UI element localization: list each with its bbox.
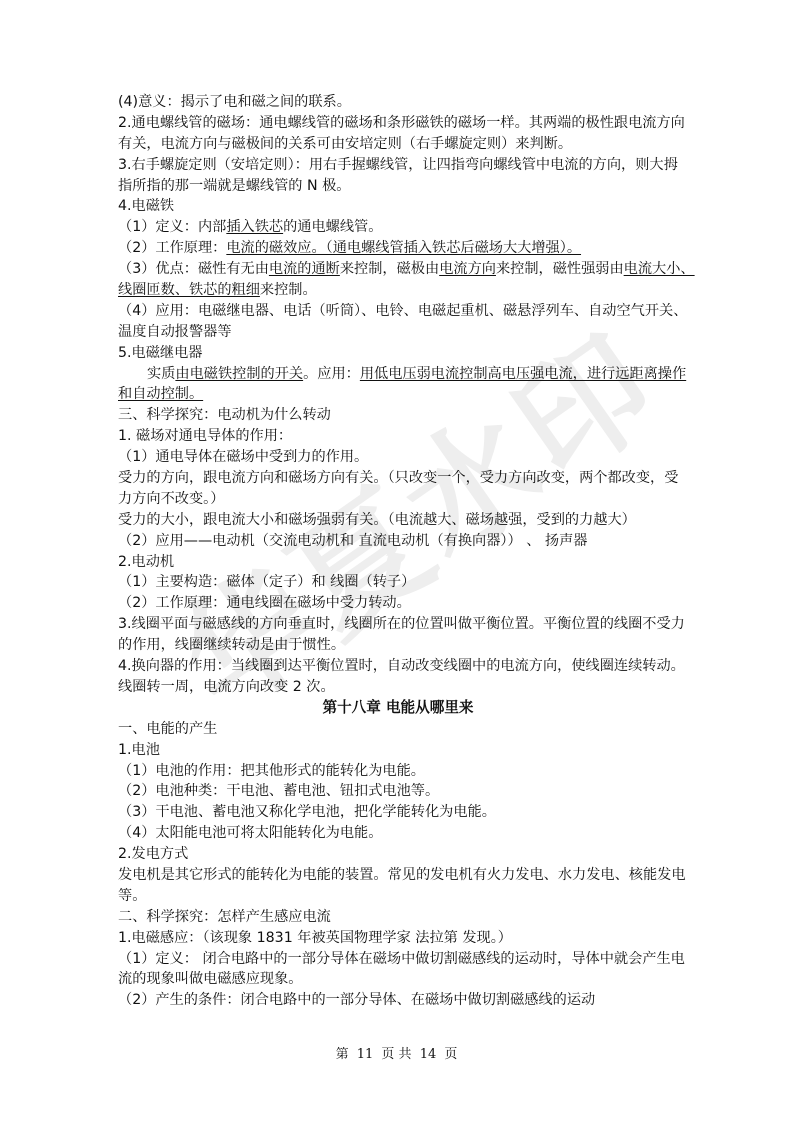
text-segment: 2.发电方式 — [118, 846, 188, 862]
text-segment: 2.电动机 — [118, 554, 174, 570]
text-line: （2）工作原理：通电线圈在磁场中受力转动。 — [118, 593, 678, 614]
text-line: 3.线圈平面与磁感线的方向垂直时，线圈所在的位置叫做平衡位置。平衡位置的线圈不受… — [118, 614, 678, 635]
underlined-text: 电流的磁效应。（通电螺线管插入铁芯后磁场大大增强）。 — [226, 240, 581, 256]
footer-total-pages: 14 — [420, 1047, 437, 1062]
footer-suffix: 页 — [444, 1047, 457, 1062]
text-segment: （4）应用：电磁继电器、电话（听筒）、电铃、电磁起重机、磁悬浮列车、自动空气开关… — [118, 303, 687, 319]
text-line: 4.电磁铁 — [118, 196, 678, 217]
text-line: （4）应用：电磁继电器、电话（听筒）、电铃、电磁起重机、磁悬浮列车、自动空气开关… — [118, 301, 678, 322]
text-segment: 。应用： — [303, 366, 360, 382]
text-segment: 受力的方向，跟电流方向和磁场方向有关。（只改变一个，受力方向改变，两个都改变，受 — [118, 470, 678, 486]
text-segment: 2.通电螺线管的磁场：通电螺线管的磁场和条形磁铁的磁场一样。其两端的极性跟电流方… — [118, 115, 685, 131]
text-segment: 4.电磁铁 — [118, 198, 174, 214]
text-segment: 等。 — [118, 888, 146, 904]
text-segment: 来控制，磁极由 — [340, 261, 439, 277]
text-line: （3）优点：磁性有无由电流的通断来控制，磁极由电流方向来控制，磁性强弱由电流大小… — [118, 259, 678, 280]
text-line: 2.电动机 — [118, 552, 678, 573]
text-line: 发电机是其它形式的能转化为电能的装置。常见的发电机有火力发电、水力发电、核能发电 — [118, 865, 678, 886]
underlined-text: 线圈匝数、铁芯的粗细 — [118, 282, 260, 298]
text-segment: （2）工作原理：通电线圈在磁场中受力转动。 — [118, 595, 411, 611]
text-line: 2.发电方式 — [118, 844, 678, 865]
underlined-text: 由电磁铁控制的开关 — [175, 366, 303, 382]
footer-prefix: 第 — [336, 1047, 349, 1062]
text-segment: 5.电磁继电器 — [118, 345, 202, 361]
text-line: （2）应用——电动机（交流电动机和 直流电动机（有换向器）） 、 扬声器 — [118, 531, 678, 552]
text-segment: （1）通电导体在磁场中受到力的作用。 — [118, 449, 368, 465]
text-line: 三、科学探究：电动机为什么转动 — [118, 405, 678, 426]
text-line: 3.右手螺旋定则（安培定则）：用右手握螺线管，让四指弯向螺线管中电流的方向，则大… — [118, 155, 678, 176]
text-segment: 第十八章 电能从哪里来 — [322, 699, 473, 716]
text-line: 1.电磁感应：（该现象 1831 年被英国物理学家 法拉第 发现。） — [118, 928, 678, 949]
page-footer: 第 11 页 共 14 页 — [0, 1043, 793, 1062]
text-segment: （1）电池的作用：把其他形式的能转化为电能。 — [118, 763, 425, 779]
text-segment: （1）定义： 闭合电路中的一部分导体在磁场中做切割磁感线的运动时，导体中就会产生… — [118, 951, 685, 967]
underlined-text: 插入铁芯 — [226, 219, 283, 235]
text-line: 二、科学探究：怎样产生感应电流 — [118, 907, 678, 928]
text-line: （1）电池的作用：把其他形式的能转化为电能。 — [118, 761, 678, 782]
underlined-text: 用低电压弱电流控制高电压强电流，进行远距离操作 — [360, 366, 686, 382]
text-line: 等。 — [118, 886, 678, 907]
text-segment: (4)意义：揭示了电和磁之间的联系。 — [118, 94, 351, 110]
text-segment: （2）产生的条件：闭合电路中的一部分导体、在磁场中做切割磁感线的运动 — [118, 992, 595, 1008]
text-segment: 1. 磁场对通电导体的作用： — [118, 428, 292, 444]
text-segment: 有关，电流方向与磁极间的关系可由安培定则（右手螺旋定则）来判断。 — [118, 136, 572, 152]
text-segment: 的作用，线圈继续转动是由于惯性。 — [118, 637, 345, 653]
text-segment: （2）工作原理： — [118, 240, 226, 256]
text-line: 有关，电流方向与磁极间的关系可由安培定则（右手螺旋定则）来判断。 — [118, 134, 678, 155]
text-line: 线圈匝数、铁芯的粗细来控制。 — [118, 280, 678, 301]
text-segment: 来控制，磁性强弱由 — [496, 261, 624, 277]
underlined-text: 电流方向 — [439, 261, 496, 277]
text-segment: 流的现象叫做电磁感应现象。 — [118, 971, 302, 987]
text-segment: 3.线圈平面与磁感线的方向垂直时，线圈所在的位置叫做平衡位置。平衡位置的线圈不受… — [118, 616, 685, 632]
text-segment: 力方向不改变。） — [118, 491, 224, 507]
text-segment: 3.右手螺旋定则（安培定则）：用右手握螺线管，让四指弯向螺线管中电流的方向，则大… — [118, 157, 678, 173]
text-segment: 二、科学探究：怎样产生感应电流 — [118, 909, 331, 925]
text-segment: 一、电能的产生 — [118, 721, 217, 737]
text-segment: 的通电螺线管。 — [283, 219, 382, 235]
text-line: 受力的大小，跟电流大小和磁场强弱有关。（电流越大、磁场越强，受到的力越大） — [118, 510, 678, 531]
text-segment: 温度自动报警器等 — [118, 324, 232, 340]
underlined-text: 电流大小、 — [624, 261, 695, 277]
text-segment: 1.电池 — [118, 742, 160, 758]
text-line: 一、电能的产生 — [118, 719, 678, 740]
text-segment: 4.换向器的作用：当线圈到达平衡位置时，自动改变线圈中的电流方向，使线圈连续转动… — [118, 658, 685, 674]
text-line: （1）通电导体在磁场中受到力的作用。 — [118, 447, 678, 468]
document-body: (4)意义：揭示了电和磁之间的联系。2.通电螺线管的磁场：通电螺线管的磁场和条形… — [118, 92, 678, 1011]
text-line: 实质由电磁铁控制的开关。应用：用低电压弱电流控制高电压强电流，进行远距离操作 — [118, 364, 678, 385]
text-line: （3）干电池、蓄电池又称化学电池，把化学能转化为电能。 — [118, 802, 678, 823]
text-segment: 实质 — [147, 366, 175, 382]
text-line: （2）电池种类：干电池、蓄电池、钮扣式电池等。 — [118, 781, 678, 802]
text-segment: 发电机是其它形式的能转化为电能的装置。常见的发电机有火力发电、水力发电、核能发电 — [118, 867, 686, 883]
chapter-heading: 第十八章 电能从哪里来 — [118, 698, 678, 719]
text-line: 线圈转一周，电流方向改变 2 次。 — [118, 677, 678, 698]
text-segment: （1）定义：内部 — [118, 219, 226, 235]
text-segment: （2）应用——电动机（交流电动机和 直流电动机（有换向器）） 、 扬声器 — [118, 533, 587, 549]
document-page: 华夏水印 (4)意义：揭示了电和磁之间的联系。2.通电螺线管的磁场：通电螺线管的… — [0, 0, 793, 1122]
text-line: 指所指的那一端就是螺线管的 N 极。 — [118, 176, 678, 197]
text-segment: （4）太阳能电池可将太阳能转化为电能。 — [118, 825, 382, 841]
text-line: 受力的方向，跟电流方向和磁场方向有关。（只改变一个，受力方向改变，两个都改变，受 — [118, 468, 678, 489]
text-line: （1）定义：内部插入铁芯的通电螺线管。 — [118, 217, 678, 238]
underlined-text: 和自动控制。 — [118, 386, 203, 402]
footer-current-page: 11 — [357, 1047, 374, 1062]
text-line: 和自动控制。 — [118, 384, 678, 405]
underlined-text: 电流的通断 — [269, 261, 340, 277]
text-line: 5.电磁继电器 — [118, 343, 678, 364]
text-segment: 三、科学探究：电动机为什么转动 — [118, 407, 331, 423]
text-segment: 来控制。 — [260, 282, 317, 298]
text-line: 的作用，线圈继续转动是由于惯性。 — [118, 635, 678, 656]
text-line: 1.电池 — [118, 740, 678, 761]
text-line: 4.换向器的作用：当线圈到达平衡位置时，自动改变线圈中的电流方向，使线圈连续转动… — [118, 656, 678, 677]
footer-mid: 页 共 — [381, 1047, 411, 1062]
text-segment: （1）主要构造：磁体（定子）和 线圈（转子） — [118, 574, 415, 590]
text-line: （2）工作原理：电流的磁效应。（通电螺线管插入铁芯后磁场大大增强）。 — [118, 238, 678, 259]
text-line: (4)意义：揭示了电和磁之间的联系。 — [118, 92, 678, 113]
text-segment: （3）优点：磁性有无由 — [118, 261, 269, 277]
text-line: 流的现象叫做电磁感应现象。 — [118, 969, 678, 990]
text-line: （1）主要构造：磁体（定子）和 线圈（转子） — [118, 572, 678, 593]
text-line: （2）产生的条件：闭合电路中的一部分导体、在磁场中做切割磁感线的运动 — [118, 990, 678, 1011]
text-line: （1）定义： 闭合电路中的一部分导体在磁场中做切割磁感线的运动时，导体中就会产生… — [118, 949, 678, 970]
text-line: （4）太阳能电池可将太阳能转化为电能。 — [118, 823, 678, 844]
text-segment: 受力的大小，跟电流大小和磁场强弱有关。（电流越大、磁场越强，受到的力越大） — [118, 512, 636, 528]
text-line: 2.通电螺线管的磁场：通电螺线管的磁场和条形磁铁的磁场一样。其两端的极性跟电流方… — [118, 113, 678, 134]
text-segment: 线圈转一周，电流方向改变 2 次。 — [118, 679, 335, 695]
text-line: 1. 磁场对通电导体的作用： — [118, 426, 678, 447]
text-segment: （3）干电池、蓄电池又称化学电池，把化学能转化为电能。 — [118, 804, 496, 820]
text-segment: 指所指的那一端就是螺线管的 N 极。 — [118, 178, 350, 194]
text-line: 温度自动报警器等 — [118, 322, 678, 343]
text-line: 力方向不改变。） — [118, 489, 678, 510]
text-segment: （2）电池种类：干电池、蓄电池、钮扣式电池等。 — [118, 783, 439, 799]
text-segment: 1.电磁感应：（该现象 1831 年被英国物理学家 法拉第 发现。） — [118, 930, 512, 946]
